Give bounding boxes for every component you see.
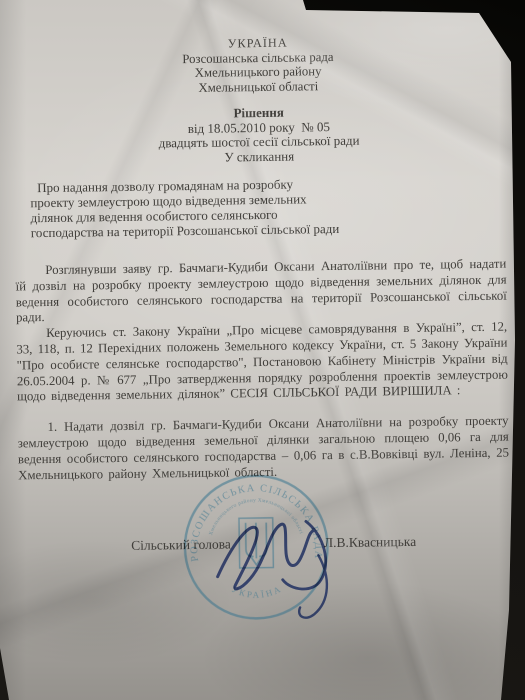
document-header: УКРАЇНА Розсошанська сільська рада Хмель… [12,33,504,98]
decision-block: Рішення від 18.05.2010 року № 05 двадцят… [13,103,505,168]
photo-of-document: УКРАЇНА Розсошанська сільська рада Хмель… [0,0,525,700]
handwritten-signature [211,493,355,623]
body-text: Розглянувши заяву гр. Бачмаги-Кудиби Окс… [15,257,509,484]
paper-sheet: УКРАЇНА Розсошанська сільська рада Хмель… [0,0,525,700]
paragraph-considered: Розглянувши заяву гр. Бачмаги-Кудиби Окс… [15,257,507,327]
paragraph-legal-basis: Керуючись ст. Закону України „Про місцев… [16,320,508,406]
subject-block: Про надання дозволу громадянам на розроб… [30,174,451,240]
document-layer: УКРАЇНА Розсошанська сільська рада Хмель… [0,0,525,700]
